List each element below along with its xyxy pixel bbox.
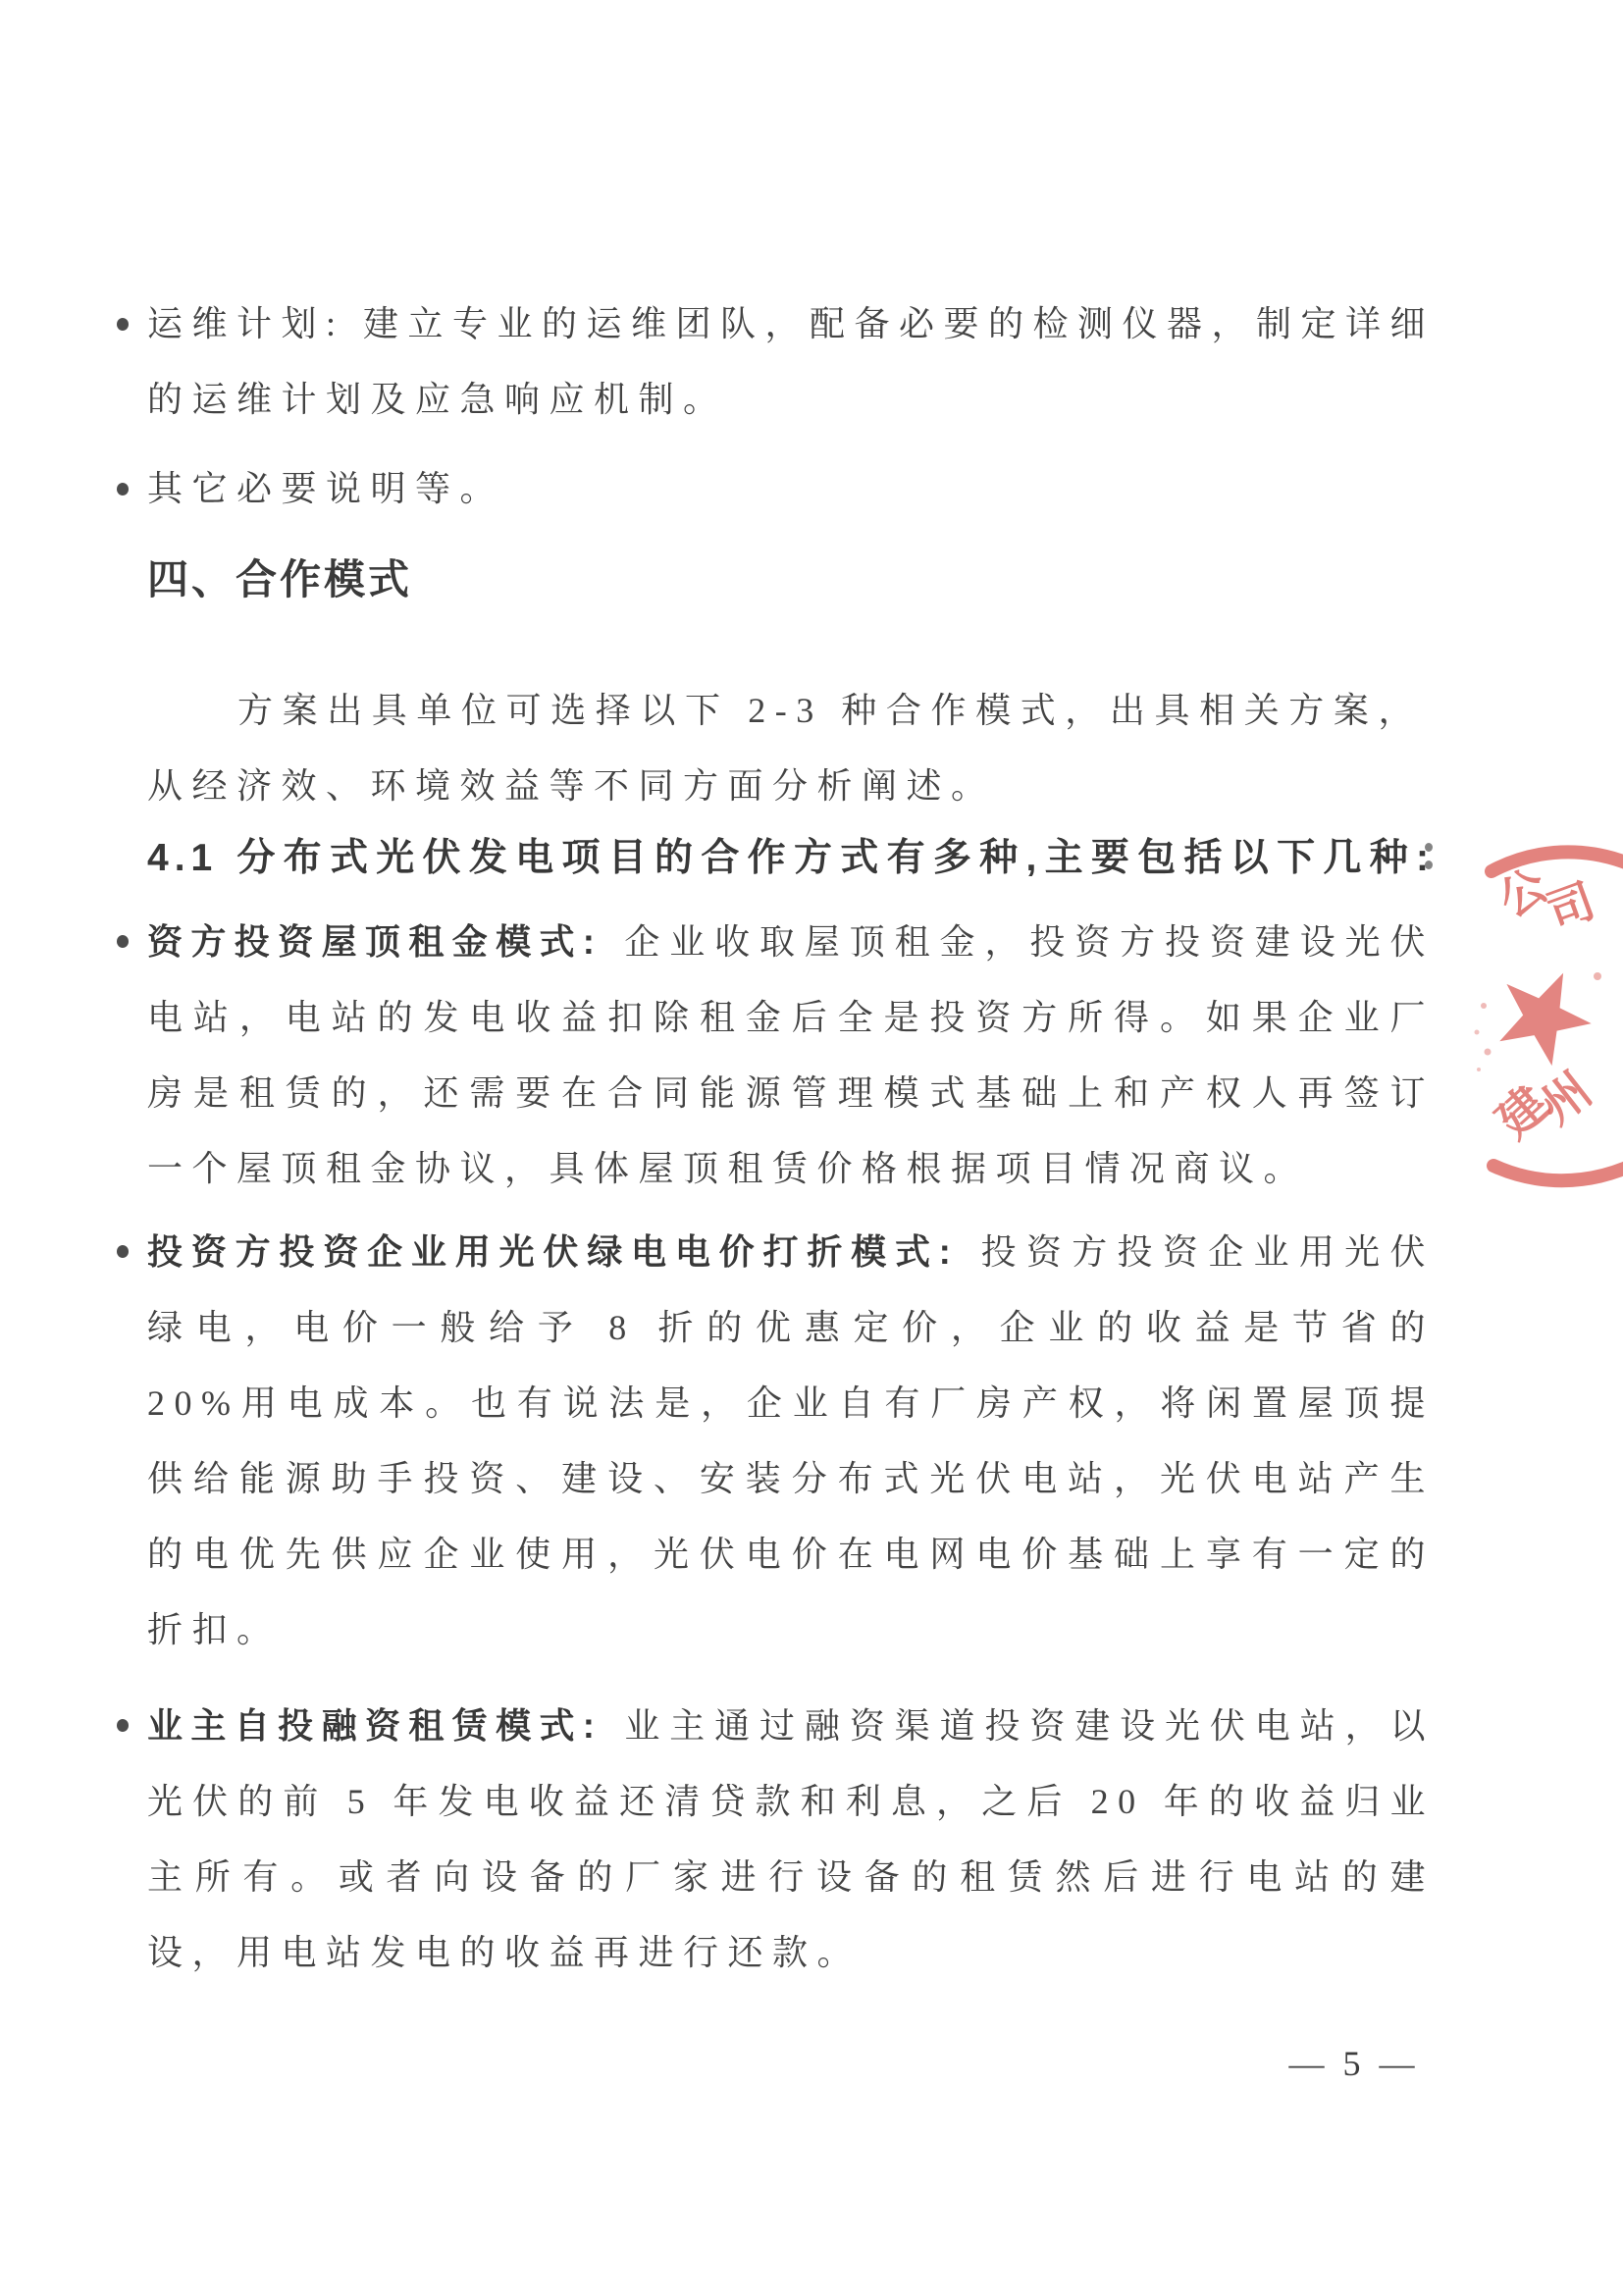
page-number: — 5 — bbox=[1274, 2043, 1435, 2084]
bullet-text: 业主通过融资渠道投资建设光伏电站，以光伏的前 5 年发电收益还清贷款和利息，之后… bbox=[147, 1706, 1435, 1972]
bullet-dot-icon bbox=[117, 935, 129, 948]
company-seal-stamp: 公 司 建 州 bbox=[1374, 824, 1623, 1217]
seal-ink-speckle bbox=[1481, 1003, 1487, 1009]
list-item: 业主自投融资租赁模式:业主通过融资渠道投资建设光伏电站，以光伏的前 5 年发电收… bbox=[147, 1688, 1435, 1991]
bullet-lead: 投资方投资企业用光伏绿电电价打折模式: bbox=[147, 1231, 959, 1272]
list-item: 资方投资屋顶租金模式:企业收取屋顶租金，投资方投资建设光伏电站，电站的发电收益扣… bbox=[147, 904, 1435, 1207]
bullet-text: 运维计划: 建立专业的运维团队，配备必要的检测仪器，制定详细的运维计划及应急响应… bbox=[147, 304, 1435, 419]
bullet-dot-icon bbox=[117, 1245, 129, 1258]
bullet-text: 其它必要说明等。 bbox=[147, 469, 504, 508]
bullet-dot-icon bbox=[117, 1719, 129, 1732]
bullet-text: 投资方投资企业用光伏绿电，电价一般给予 8 折的优惠定价，企业的收益是节省的 2… bbox=[147, 1232, 1435, 1649]
seal-ink-speckle bbox=[1594, 972, 1601, 980]
seal-ink-speckle bbox=[1475, 1030, 1480, 1035]
bullet-lead: 业主自投融资租赁模式: bbox=[147, 1705, 602, 1746]
bullet-dot-icon bbox=[117, 318, 129, 331]
seal-text-char: 司 bbox=[1541, 874, 1601, 939]
document-page: 运维计划: 建立专业的运维团队，配备必要的检测仪器，制定详细的运维计划及应急响应… bbox=[0, 0, 1623, 2296]
list-item: 其它必要说明等。 bbox=[147, 451, 1435, 527]
list-item: 投资方投资企业用光伏绿电电价打折模式:投资方投资企业用光伏绿电，电价一般给予 8… bbox=[147, 1214, 1435, 1668]
bullet-lead: 资方投资屋顶租金模式: bbox=[147, 921, 602, 962]
bullet-dot-icon bbox=[117, 483, 129, 496]
seal-ring-bottom-arc bbox=[1493, 1145, 1623, 1180]
bullet-text: 企业收取屋顶租金，投资方投资建设光伏电站，电站的发电收益扣除租金后全是投资方所得… bbox=[147, 922, 1435, 1188]
subsection-heading: 4.1 分布式光伏发电项目的合作方式有多种,主要包括以下几种: bbox=[147, 827, 1435, 882]
star-icon bbox=[1484, 954, 1606, 1073]
intro-paragraph: 方案出具单位可选择以下 2-3 种合作模式，出具相关方案，从经济效、环境效益等不… bbox=[147, 673, 1423, 824]
section-heading: 四、合作模式 bbox=[147, 548, 412, 606]
list-item: 运维计划: 建立专业的运维团队，配备必要的检测仪器，制定详细的运维计划及应急响应… bbox=[147, 287, 1435, 438]
seal-ink-speckle bbox=[1477, 1068, 1481, 1071]
seal-ink-speckle bbox=[1485, 1049, 1492, 1056]
